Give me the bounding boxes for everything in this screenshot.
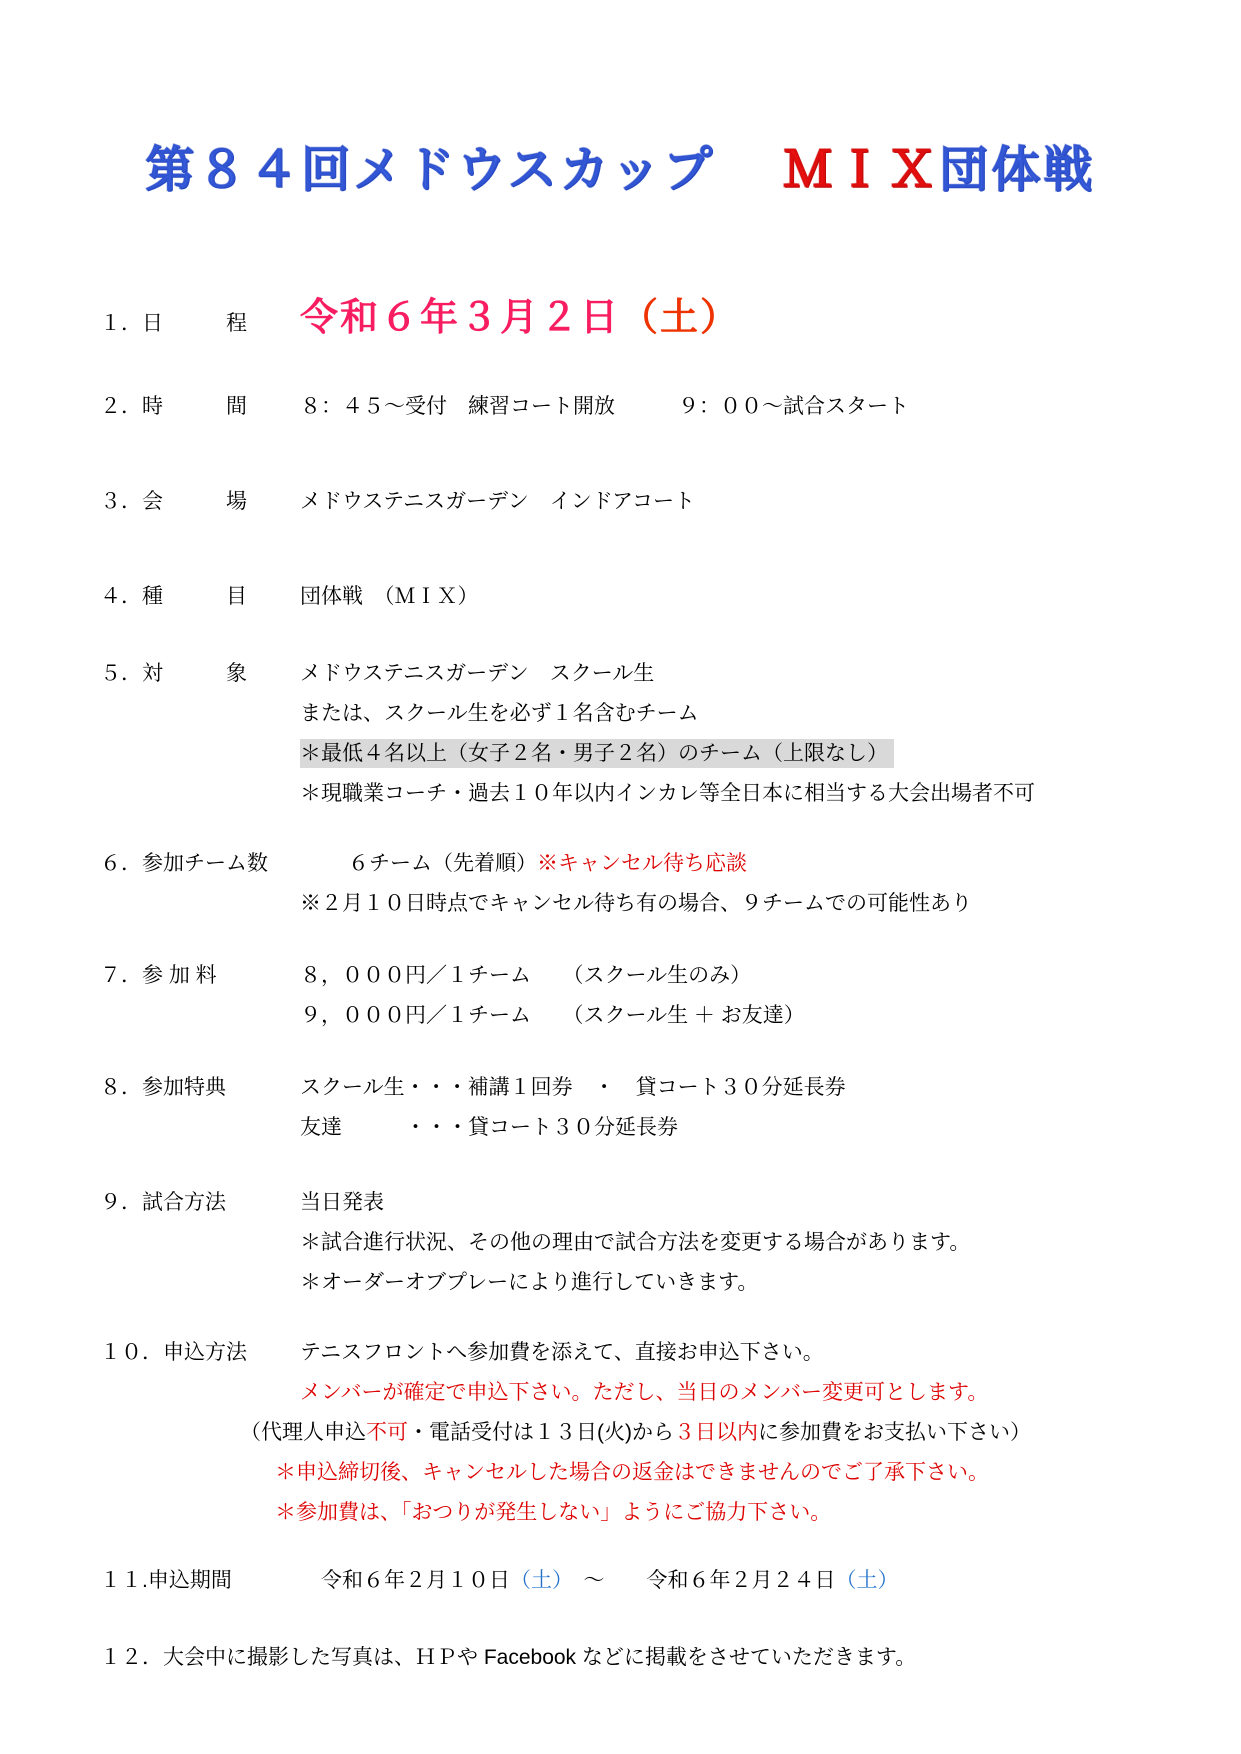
item-5-note-line: ＊現職業コーチ・過去１０年以内インカレ等全日本に相当する大会出場者不可	[100, 774, 1191, 814]
item-7-fee-friends: ９，０００円／１チーム （スクール生 ＋ お友達）	[100, 996, 1191, 1036]
title-taikaisen: 団体戦	[939, 143, 1095, 197]
period-start-saturday: （土）	[510, 1569, 563, 1592]
item-3-label: ３．会 場	[100, 482, 300, 522]
item-3-venue: ３．会 場 メドウステニスガーデン インドアコート	[100, 482, 1191, 522]
item-10-paren-line: （代理人申込不可・電話受付は１３日(火)から３日以内に参加費をお支払い下さい）	[100, 1413, 1191, 1453]
item-2-value: ８：４５～受付 練習コート開放 ９：００～試合スタート	[300, 387, 909, 427]
item-6-note-line: ※２月１０日時点でキャンセル待ち有の場合、９チームでの可能性あり	[100, 884, 1191, 924]
item-2-label: ２．時 間	[100, 387, 300, 427]
item-9-note-2: ＊オーダーオブプレーにより進行していきます。	[100, 1263, 1191, 1303]
item-6-team-count: ６．参加チーム数 ６チーム（先着順）※キャンセル待ち応談 ※２月１０日時点でキャ…	[100, 844, 1191, 924]
document-title: 第８４回メドウスカップＭＩＸ団体戦	[145, 138, 1191, 202]
title-mix: ＭＩＸ	[783, 143, 939, 197]
item-9-note-1: ＊試合進行状況、その他の理由で試合方法を変更する場合があります。	[100, 1223, 1191, 1263]
paren-part-1: （代理人申込	[240, 1421, 366, 1444]
title-event-name: 第８４回メドウスカップ	[145, 143, 715, 197]
period-end-date: 令和６年２月２４日	[647, 1569, 836, 1592]
item-10-value: テニスフロントへ参加費を添えて、直接お申込下さい。	[300, 1333, 824, 1373]
period-end-saturday: （土）	[836, 1569, 899, 1592]
item-5-label: ５．対 象	[100, 654, 300, 694]
period-indent	[300, 1569, 321, 1592]
item-10-application: １０．申込方法 テニスフロントへ参加費を添えて、直接お申込下さい。 メンバーが確…	[100, 1333, 1191, 1533]
event-date-saturday: （土）	[620, 297, 740, 339]
event-date: 令和６年３月２日	[300, 297, 620, 339]
item-7-entry-fee: ７．参 加 料 ８，０００円／１チーム （スクール生のみ） ９，０００円／１チー…	[100, 956, 1191, 1036]
period-tilde: ～	[563, 1569, 647, 1592]
item-4-value: 団体戦 （ＭＩＸ）	[300, 577, 479, 617]
item-6-cancel-note: ※キャンセル待ち応談	[537, 852, 747, 875]
item-5-highlighted-rule: ＊最低４名以上（女子２名・男子２名）のチーム（上限なし）	[300, 739, 894, 768]
paren-red-3days: ３日以内	[674, 1421, 758, 1444]
item-12-photo-notice: １２．大会中に撮影した写真は、ＨＰや Facebook などに掲載をさせていただ…	[100, 1638, 1191, 1678]
item-5-value: メドウステニスガーデン スクール生	[300, 654, 654, 694]
item-5-alt-line: または、スクール生を必ず１名含むチーム	[100, 694, 1191, 734]
item-8-benefit-friends: 友達 ・・・貸コート３０分延長券	[100, 1108, 1191, 1148]
item-8-benefit-school: スクール生・・・補講１回券 ・ 貸コート３０分延長券	[300, 1068, 846, 1108]
item-1-schedule: １．日 程 令和６年３月２日（土）	[100, 298, 1191, 344]
item-4-label: ４．種 目	[100, 577, 300, 617]
period-start-date: 令和６年２月１０日	[321, 1569, 510, 1592]
item-10-member-rule: メンバーが確定で申込下さい。ただし、当日のメンバー変更可とします。	[100, 1373, 1191, 1413]
item-6-label: ６．参加チーム数	[100, 844, 348, 884]
item-3-value: メドウステニスガーデン インドアコート	[300, 482, 695, 522]
item-6-value: ６チーム（先着順）	[348, 852, 537, 875]
item-7-fee-school: ８，０００円／１チーム （スクール生のみ）	[300, 956, 751, 996]
item-5-highlight-row: ＊最低４名以上（女子２名・男子２名）のチーム（上限なし）	[100, 734, 1191, 774]
paren-part-2: ・電話受付は１３日(火)から	[408, 1421, 674, 1444]
item-9-match-format: ９．試合方法 当日発表 ＊試合進行状況、その他の理由で試合方法を変更する場合があ…	[100, 1183, 1191, 1303]
item-10-refund-note: ＊申込締切後、キャンセルした場合の返金はできませんのでご了承下さい。	[100, 1453, 1191, 1493]
item-11-application-period: １１.申込期間 令和６年２月１０日（土） ～ 令和６年２月２４日（土）	[100, 1561, 1191, 1601]
item-8-label: ８．参加特典	[100, 1068, 300, 1108]
item-10-exact-change-note: ＊参加費は、「おつりが発生しない」ようにご協力下さい。	[100, 1493, 1191, 1533]
item-11-label: １１.申込期間	[100, 1561, 300, 1601]
paren-part-3: に参加費をお支払い下さい）	[758, 1421, 1031, 1444]
item-5-eligibility: ５．対 象 メドウステニスガーデン スクール生 または、スクール生を必ず１名含む…	[100, 654, 1191, 814]
item-9-label: ９．試合方法	[100, 1183, 300, 1223]
item-7-label: ７．参 加 料	[100, 956, 300, 996]
item-12-text: １２．大会中に撮影した写真は、ＨＰや Facebook などに掲載をさせていただ…	[100, 1638, 916, 1678]
item-10-label: １０．申込方法	[100, 1333, 300, 1373]
item-8-benefits: ８．参加特典 スクール生・・・補講１回券 ・ 貸コート３０分延長券 友達 ・・・…	[100, 1068, 1191, 1148]
item-2-time: ２．時 間 ８：４５～受付 練習コート開放 ９：００～試合スタート	[100, 387, 1191, 427]
item-1-label: １．日 程	[100, 304, 300, 344]
paren-red-fuka: 不可	[366, 1421, 408, 1444]
item-4-category: ４．種 目 団体戦 （ＭＩＸ）	[100, 577, 1191, 617]
item-9-value: 当日発表	[300, 1183, 384, 1223]
document-page: 第８４回メドウスカップＭＩＸ団体戦 １．日 程 令和６年３月２日（土） ２．時 …	[0, 0, 1241, 1754]
